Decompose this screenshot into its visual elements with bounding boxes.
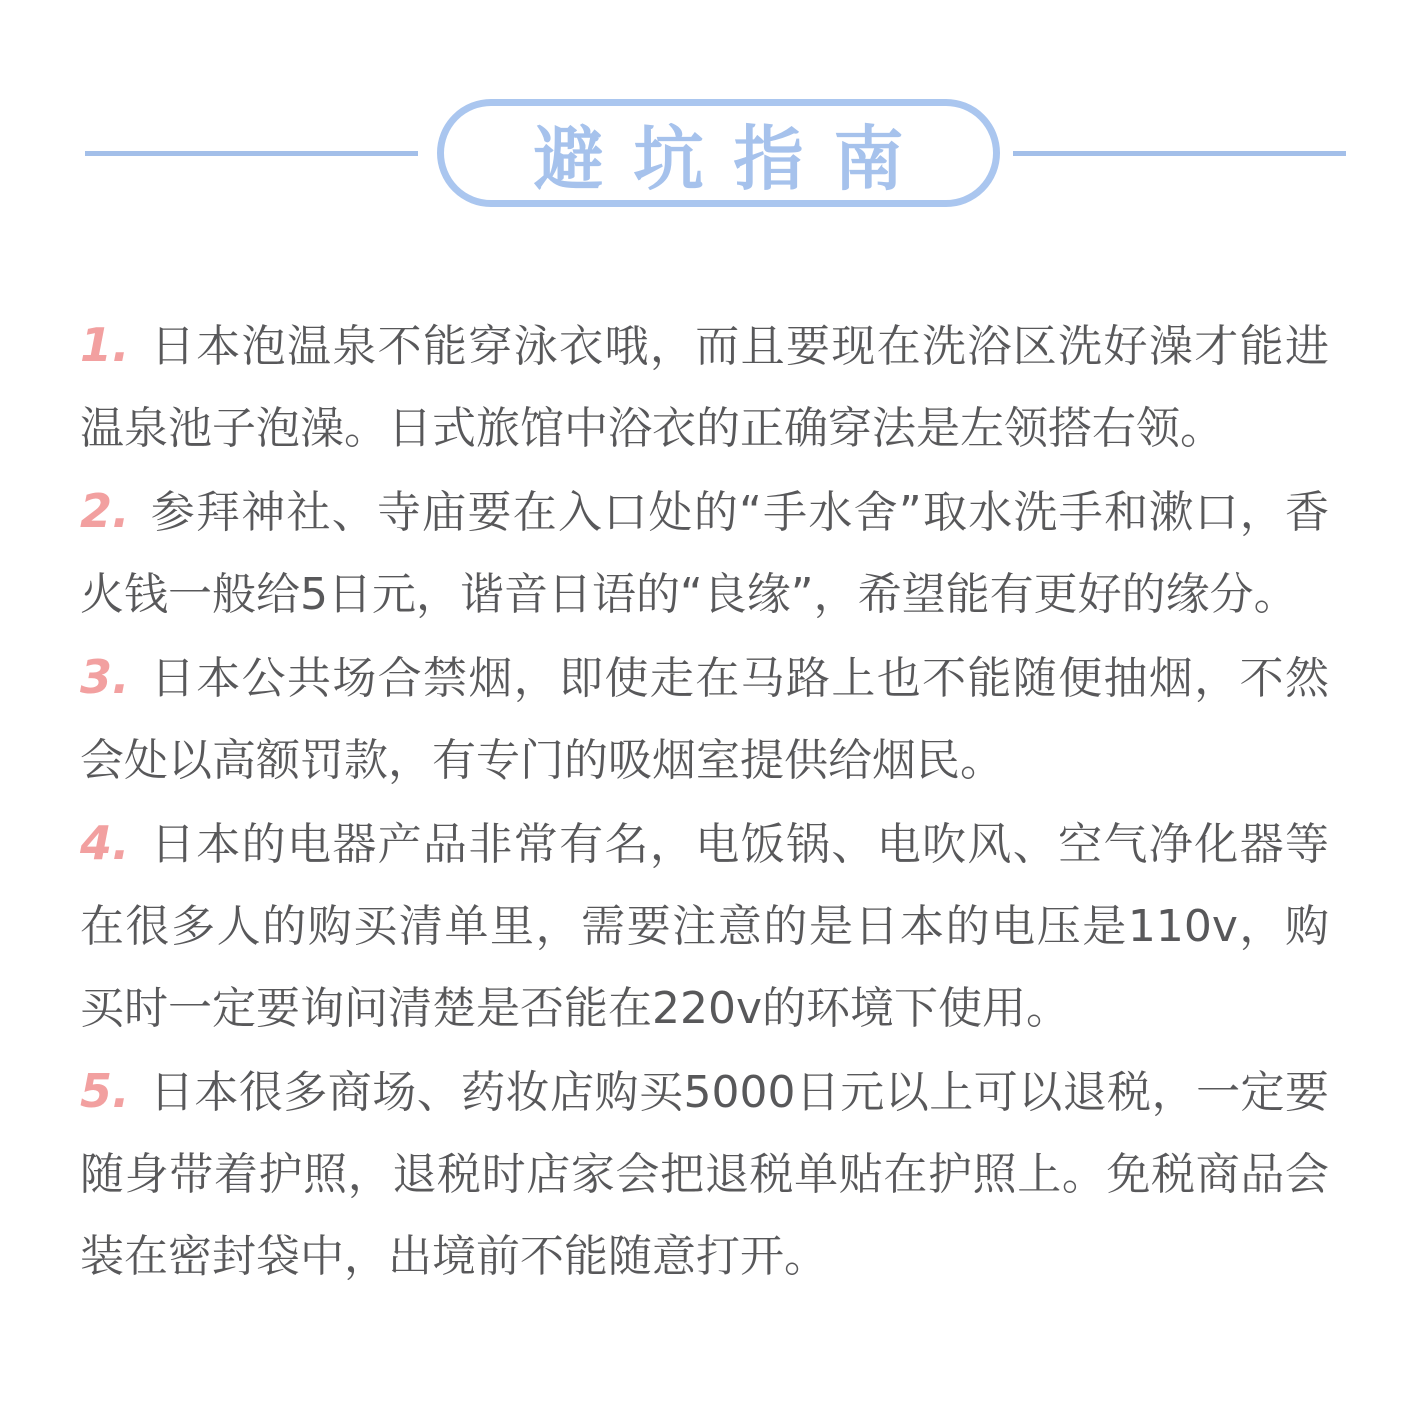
tip-item-1: 1.日本泡温泉不能穿泳衣哦，而且要现在洗浴区洗好澡才能进温泉池子泡澡。日式旅馆中…: [80, 304, 1329, 470]
title-pill: 避坑指南: [437, 99, 1000, 207]
tip-item-5: 5.日本很多商场、药妆店购买5000日元以上可以退税，一定要随身带着护照，退税时…: [80, 1050, 1329, 1298]
right-divider-line: [1013, 151, 1346, 156]
tip-item-4: 4.日本的电器产品非常有名，电饭锅、电吹风、空气净化器等在很多人的购买清单里，需…: [80, 802, 1329, 1050]
title-banner: 避坑指南: [0, 94, 1417, 212]
tip-text-5: 日本很多商场、药妆店购买5000日元以上可以退税，一定要随身带着护照，退税时店家…: [80, 1067, 1329, 1282]
tip-number-3: 3.: [80, 636, 129, 718]
tip-text-4: 日本的电器产品非常有名，电饭锅、电吹风、空气净化器等在很多人的购买清单里，需要注…: [80, 819, 1329, 1034]
tip-number-1: 1.: [80, 304, 129, 386]
tip-text-2: 参拜神社、寺庙要在入口处的“手水舍”取水洗手和漱口，香火钱一般给5日元，谐音日语…: [80, 487, 1329, 620]
tip-item-2: 2.参拜神社、寺庙要在入口处的“手水舍”取水洗手和漱口，香火钱一般给5日元，谐音…: [80, 470, 1329, 636]
tip-number-4: 4.: [80, 802, 129, 884]
tip-text-3: 日本公共场合禁烟，即使走在马路上也不能随便抽烟，不然会处以高额罚款，有专门的吸烟…: [80, 653, 1329, 786]
tip-item-3: 3.日本公共场合禁烟，即使走在马路上也不能随便抽烟，不然会处以高额罚款，有专门的…: [80, 636, 1329, 802]
left-divider-line: [85, 151, 418, 156]
page-title: 避坑指南: [504, 103, 934, 204]
tip-number-2: 2.: [80, 470, 129, 552]
tips-list: 1.日本泡温泉不能穿泳衣哦，而且要现在洗浴区洗好澡才能进温泉池子泡澡。日式旅馆中…: [80, 304, 1329, 1298]
tip-text-1: 日本泡温泉不能穿泳衣哦，而且要现在洗浴区洗好澡才能进温泉池子泡澡。日式旅馆中浴衣…: [80, 321, 1329, 454]
page: 避坑指南 1.日本泡温泉不能穿泳衣哦，而且要现在洗浴区洗好澡才能进温泉池子泡澡。…: [0, 94, 1417, 1298]
tip-number-5: 5.: [80, 1050, 129, 1132]
